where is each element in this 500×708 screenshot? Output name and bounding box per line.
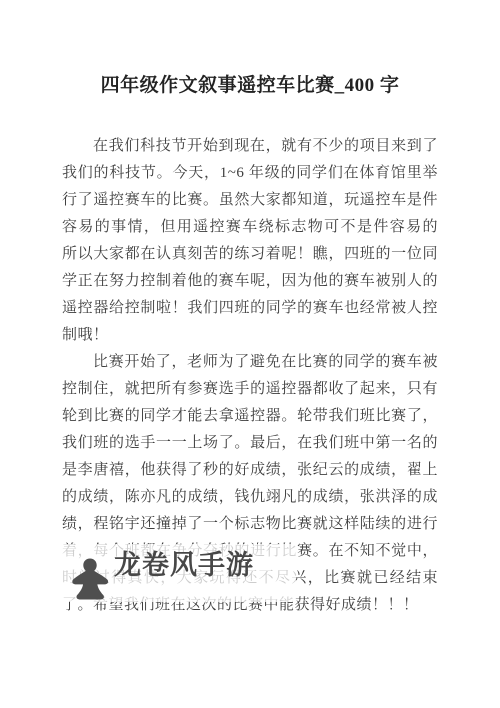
text-line: 轮到比赛的同学才能去拿遥控器。轮带我们班比赛了， xyxy=(62,403,438,430)
text-line: 学正在努力控制着他的赛车呢，因为他的赛车被别人的 xyxy=(62,268,438,295)
text-line: 比赛开始了，老师为了避免在比赛的同学的赛车被 xyxy=(62,349,438,376)
text-line: 遥控器给控制啦！我们四班的同学的赛车也经常被人控 xyxy=(62,295,438,322)
text-line: 在我们科技节开始到现在，就有不少的项目来到了 xyxy=(62,133,438,160)
text-line: 我们班的选手一一上场了。最后，在我们班中第一名的 xyxy=(62,430,438,457)
text-line: 的成绩，陈亦凡的成绩，钱仇翊凡的成绩，张洪泽的成 xyxy=(62,484,438,511)
text-line: 我们的科技节。今天，1~6 年级的同学们在体育馆里举 xyxy=(62,160,438,187)
page-root: 四年级作文叙事遥控车比赛_400 字 在我们科技节开始到现在，就有不少的项目来到… xyxy=(0,0,500,708)
watermark: 龙卷风手游 xyxy=(52,544,296,602)
text-line: 制哦！ xyxy=(62,322,438,349)
meeple-icon xyxy=(69,557,111,602)
text-line: 绩，程铭宇还撞掉了一个标志物比赛就这样陆续的进行 xyxy=(62,511,438,538)
text-line: 容易的事情，但用遥控赛车绕标志物可不是件容易的事， xyxy=(62,214,438,241)
text-line: 所以大家都在认真刻苦的练习着呢！瞧，四班的一位同 xyxy=(62,241,438,268)
essay-title: 四年级作文叙事遥控车比赛_400 字 xyxy=(0,0,500,97)
text-line: 行了遥控赛车的比赛。虽然大家都知道，玩遥控车是件 xyxy=(62,187,438,214)
watermark-label: 龙卷风手游 xyxy=(114,552,254,579)
text-line: 是李唐禧，他获得了秒的好成绩，张纪云的成绩，翟上 xyxy=(62,457,438,484)
text-line: 控制住，就把所有参赛选手的遥控器都收了起来，只有 xyxy=(62,376,438,403)
